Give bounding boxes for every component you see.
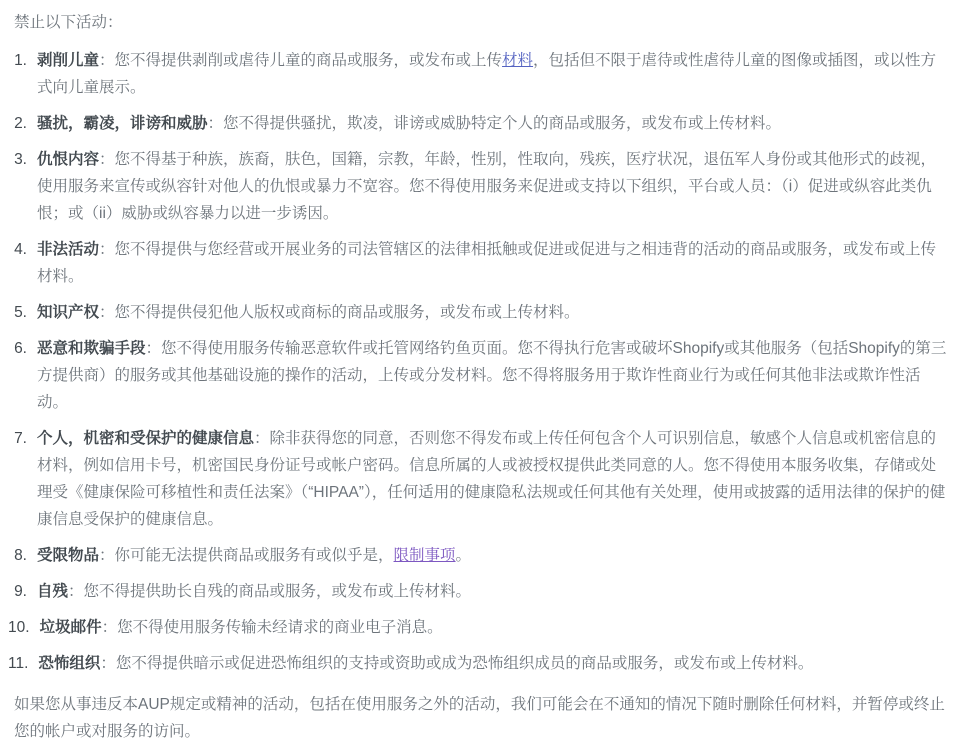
item-description-after: 。: [456, 547, 472, 564]
item-description: ：您不得提供暗示或促进恐怖组织的支持或资助或成为恐怖组织成员的商品或服务，或发布…: [100, 655, 813, 672]
item-term: 非法活动: [37, 241, 99, 258]
item-text: 恶意和欺骗手段：您不得使用服务传输恶意软件或托管网络钓鱼页面。您不得执行危害或破…: [37, 335, 950, 416]
item-number: 11.: [8, 650, 28, 677]
item-term: 个人，机密和受保护的健康信息: [37, 430, 254, 447]
list-item-spam: 10. 垃圾邮件：您不得使用服务传输未经请求的商业电子消息。: [8, 614, 950, 641]
list-item-hateful-content: 3. 仇恨内容：您不得基于种族，族裔，肤色，国籍，宗教，年龄，性别，性取向，残疾…: [8, 146, 950, 227]
item-description: ：您不得提供与您经营或开展业务的司法管辖区的法律相抵触或促进或促进与之相违背的活…: [37, 241, 936, 285]
item-description: ：您不得使用服务传输未经请求的商业电子消息。: [102, 619, 443, 636]
item-text: 剥削儿童：您不得提供剥削或虐待儿童的商品或服务，或发布或上传材料，包括但不限于虐…: [37, 47, 950, 101]
item-number: 5.: [8, 299, 27, 326]
item-term: 恐怖组织: [38, 655, 100, 672]
list-item-personal-health-info: 7. 个人，机密和受保护的健康信息：除非获得您的同意，否则您不得发布或上传任何包…: [8, 425, 950, 533]
item-term: 自残: [37, 583, 68, 600]
item-description: ：您不得基于种族，族裔，肤色，国籍，宗教，年龄，性别，性取向，残疾，医疗状况，退…: [37, 151, 936, 222]
prohibited-activities-intro: 禁止以下活动：: [14, 9, 950, 36]
item-description: ：你可能无法提供商品或服务有或似乎是，: [99, 547, 394, 564]
list-item-child-exploitation: 1. 剥削儿童：您不得提供剥削或虐待儿童的商品或服务，或发布或上传材料，包括但不…: [8, 47, 950, 101]
item-description: ：您不得提供侵犯他人版权或商标的商品或服务，或发布或上传材料。: [99, 304, 580, 321]
item-number: 9.: [8, 578, 27, 605]
item-description: ：您不得提供骚扰，欺凌，诽谤或威胁特定个人的商品或服务，或发布或上传材料。: [208, 115, 782, 132]
item-term: 骚扰，霸凌，诽谤和威胁: [37, 115, 208, 132]
item-text: 受限物品：你可能无法提供商品或服务有或似乎是，限制事项。: [37, 542, 950, 569]
item-number: 6.: [8, 335, 27, 416]
item-number: 8.: [8, 542, 27, 569]
restricted-items-link[interactable]: 限制事项: [394, 547, 456, 564]
item-number: 4.: [8, 236, 27, 290]
list-item-self-harm: 9. 自残：您不得提供助长自残的商品或服务，或发布或上传材料。: [8, 578, 950, 605]
item-text: 骚扰，霸凌，诽谤和威胁：您不得提供骚扰，欺凌，诽谤或威胁特定个人的商品或服务，或…: [37, 110, 950, 137]
item-number: 3.: [8, 146, 27, 227]
item-term: 仇恨内容: [37, 151, 99, 168]
item-text: 知识产权：您不得提供侵犯他人版权或商标的商品或服务，或发布或上传材料。: [37, 299, 950, 326]
item-number: 10.: [8, 614, 30, 641]
list-item-malicious-deceptive: 6. 恶意和欺骗手段：您不得使用服务传输恶意软件或托管网络钓鱼页面。您不得执行危…: [8, 335, 950, 416]
list-item-harassment: 2. 骚扰，霸凌，诽谤和威胁：您不得提供骚扰，欺凌，诽谤或威胁特定个人的商品或服…: [8, 110, 950, 137]
item-text: 垃圾邮件：您不得使用服务传输未经请求的商业电子消息。: [40, 614, 950, 641]
item-text: 自残：您不得提供助长自残的商品或服务，或发布或上传材料。: [37, 578, 950, 605]
item-text: 仇恨内容：您不得基于种族，族裔，肤色，国籍，宗教，年龄，性别，性取向，残疾，医疗…: [37, 146, 950, 227]
item-number: 1.: [8, 47, 27, 101]
item-term: 剥削儿童: [37, 52, 99, 69]
item-term: 知识产权: [37, 304, 99, 321]
item-term: 垃圾邮件: [40, 619, 102, 636]
item-text: 个人，机密和受保护的健康信息：除非获得您的同意，否则您不得发布或上传任何包含个人…: [37, 425, 950, 533]
materials-link[interactable]: 材料: [502, 52, 533, 69]
item-number: 7.: [8, 425, 27, 533]
item-text: 非法活动：您不得提供与您经营或开展业务的司法管辖区的法律相抵触或促进或促进与之相…: [37, 236, 950, 290]
list-item-illegal-activities: 4. 非法活动：您不得提供与您经营或开展业务的司法管辖区的法律相抵触或促进或促进…: [8, 236, 950, 290]
item-description: ：您不得提供剥削或虐待儿童的商品或服务，或发布或上传: [99, 52, 502, 69]
enforcement-paragraph: 如果您从事违反本AUP规定或精神的活动，包括在使用服务之外的活动，我们可能会在不…: [14, 691, 950, 745]
list-item-intellectual-property: 5. 知识产权：您不得提供侵犯他人版权或商标的商品或服务，或发布或上传材料。: [8, 299, 950, 326]
aup-document-page: { "colors": { "background": "#ffffff", "…: [0, 0, 962, 748]
prohibited-activities-list: 1. 剥削儿童：您不得提供剥削或虐待儿童的商品或服务，或发布或上传材料，包括但不…: [8, 47, 950, 677]
item-description: ：您不得提供助长自残的商品或服务，或发布或上传材料。: [68, 583, 471, 600]
item-term: 受限物品: [37, 547, 99, 564]
list-item-restricted-items: 8. 受限物品：你可能无法提供商品或服务有或似乎是，限制事项。: [8, 542, 950, 569]
item-term: 恶意和欺骗手段: [37, 340, 146, 357]
list-item-terrorist-organizations: 11. 恐怖组织：您不得提供暗示或促进恐怖组织的支持或资助或成为恐怖组织成员的商…: [8, 650, 950, 677]
item-text: 恐怖组织：您不得提供暗示或促进恐怖组织的支持或资助或成为恐怖组织成员的商品或服务…: [38, 650, 950, 677]
item-description: ：您不得使用服务传输恶意软件或托管网络钓鱼页面。您不得执行危害或破坏Shopif…: [37, 340, 946, 411]
item-number: 2.: [8, 110, 27, 137]
